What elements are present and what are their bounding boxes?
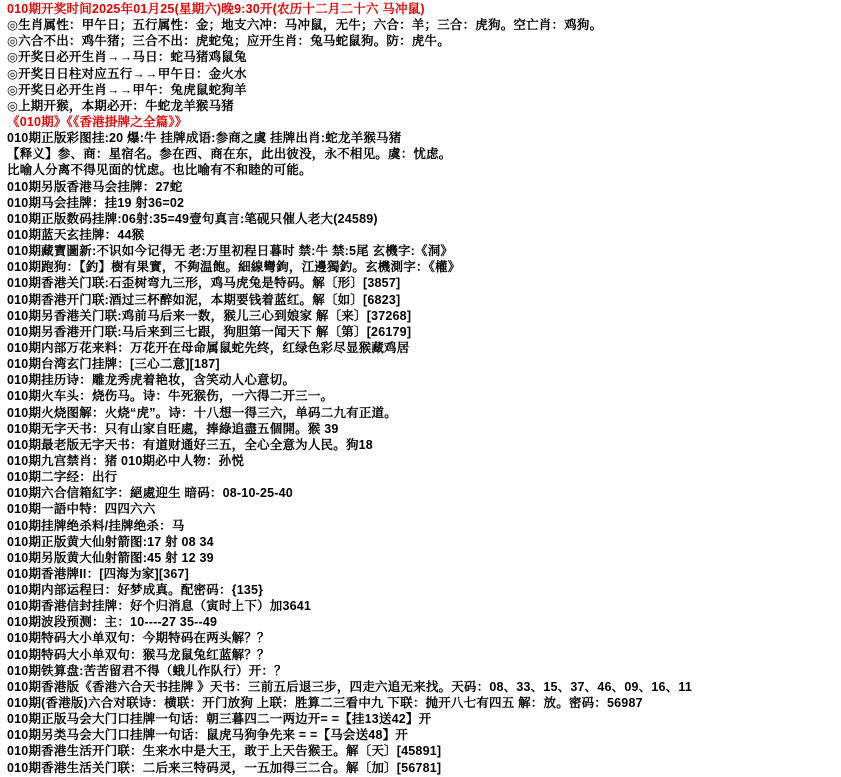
text-line: ◎开奖日必开生肖→→马日：蛇马猪鸡鼠兔 — [7, 49, 837, 65]
text-line: ◎上期开猴，本期必开：牛蛇龙羊猴马猪 — [7, 98, 837, 114]
text-line: 010期正版黄大仙射箭图:17 射 08 34 — [7, 534, 837, 550]
text-line: 010期香港版《香港六合天书挂牌 》天书：三前五后退三步，四走六追无来找。天码：… — [7, 679, 837, 695]
text-line: 010期正版数码挂牌:06射:35=49壹句真言:笔砚只催人老大(24589) — [7, 211, 837, 227]
text-line: 010期九宫禁肖：猪 010期必中人物：孙悦 — [7, 453, 837, 469]
text-line: 010期香港牌II：[四海为家][367] — [7, 566, 837, 582]
text-line: 010期铁算盘:苦苦留君不得（蛾儿作队行）开：？ — [7, 663, 837, 679]
text-line: 010期另类马会大门口挂牌一句话：鼠虎马狗争先来 = =【马会送48】开 — [7, 727, 837, 743]
text-line: 010期波段预测：主：10----27 35--49 — [7, 614, 837, 630]
text-line: 010期马会挂牌：挂19 射36=02 — [7, 195, 837, 211]
text-line: 比喻人分离不得见面的忧虑。也比喻有不和睦的可能。 — [7, 162, 837, 178]
text-line: 010期挂牌绝杀料/挂牌绝杀：马 — [7, 518, 837, 534]
text-line: 010期香港关门联:石歪树弯九三形，鸡马虎兔是特码。解〔形〕[3857] — [7, 275, 837, 291]
text-line: ◎六合不出：鸡牛猪；三合不出：虎蛇兔；应开生肖：兔马蛇鼠狗。防：虎牛。 — [7, 33, 837, 49]
text-line: 【释义】参、商：星宿名。参在西、商在东，此出彼没，永不相见。虞：忧虑。 — [7, 146, 837, 162]
text-line: 010期正版彩图挂:20 爆:牛 挂牌成语:参商之虞 挂牌出肖:蛇龙羊猴马猪 — [7, 130, 837, 146]
text-line: 010期另版香港马会挂牌：27蛇 — [7, 179, 837, 195]
text-line: 010期特码大小单双句：今期特码在两头解？？ — [7, 630, 837, 646]
text-line: ◎开奖日日柱对应五行→→甲午日：金火水 — [7, 66, 837, 82]
text-line: 010期火车头：烧伤马。诗：牛死猴伤，一六得二开三一。 — [7, 388, 837, 404]
text-line: 010期香港生活开门联：生来水中是大王，敢于上天告猴王。解〔天〕[45891] — [7, 743, 837, 759]
content-lines: 010期开奖时间2025年01月25(星期六)晚9:30开(农历十二月二十六 马… — [7, 1, 837, 776]
text-line: 010期二字经：出行 — [7, 469, 837, 485]
text-line: 010期内部万花来料：万花开在母命属鼠蛇先终，红绿色彩尽显猴藏鸡居 — [7, 340, 837, 356]
text-line: 010期香港开门联:酒过三杯醉如泥，本期要钱着蓝红。解〔如〕[6823] — [7, 292, 837, 308]
text-line: 010期蓝天玄挂牌：44猴 — [7, 227, 837, 243]
text-line: ◎生肖属性：甲午日；五行属性：金；地支六冲：马冲鼠，无牛；六合：羊；三合：虎狗。… — [7, 17, 837, 33]
lottery-tips-page: 010期开奖时间2025年01月25(星期六)晚9:30开(农历十二月二十六 马… — [0, 0, 841, 777]
text-line: 010期正版马会大门口挂牌一句话：朝三暮四二一两边开= =【挂13送42】开 — [7, 711, 837, 727]
text-line: 010期最老版无字天书：有道财通好三五，全心全意为人民。狗18 — [7, 437, 837, 453]
text-line: 010期(香港版)六合对联诗：横联：开门放狗 上联：胜算二三看中九 下联：抛开八… — [7, 695, 837, 711]
text-line: ◎开奖日必开生肖→→甲午：兔虎鼠蛇狗羊 — [7, 82, 837, 98]
text-line: 010期香港生活关门联：二后来三特码灵，一五加得三二合。解〔加〕[56781] — [7, 760, 837, 776]
text-line: 010期另香港开门联:马后来到三七跟，狗胆第一闻天下 解〔第〕[26179] — [7, 324, 837, 340]
text-line: 010期藏寶圖新:不识如今记得无 老:万里初程日暮时 禁:牛 禁:5尾 玄機字:… — [7, 243, 837, 259]
text-line: 010期内部运程曰：好梦成真。配密码：{135} — [7, 582, 837, 598]
text-line: 010期一語中特：四四六六 — [7, 501, 837, 517]
text-line: 010期香港信封挂牌：好个归消息（寅时上下）加3641 — [7, 598, 837, 614]
text-line: 010期挂历诗：雕龙秀虎着艳妆，含笑动人心意切。 — [7, 372, 837, 388]
text-line: 010期特码大小单双句：猴马龙鼠兔红蓝解？？ — [7, 647, 837, 663]
text-line: 《010期》《《香港掛牌之全篇》》 — [7, 114, 837, 130]
text-line: 010期台湾玄门挂牌：[三心二意][187] — [7, 356, 837, 372]
text-line: 010期另香港关门联:鸡前马后来一数，猴儿三心到娘家 解〔来〕[37268] — [7, 308, 837, 324]
text-line: 010期火烧图解：火烧“虎”。诗：十八想一得三六，单码二九有正道。 — [7, 405, 837, 421]
text-line: 010期另版黄大仙射箭图:45 射 12 39 — [7, 550, 837, 566]
text-line: 010期六合信箱紅字：絕處迎生 暗码：08-10-25-40 — [7, 485, 837, 501]
text-line: 010期无字天书：只有山家自旺處，捧綠追盡五個開。猴 39 — [7, 421, 837, 437]
text-line: 010期开奖时间2025年01月25(星期六)晚9:30开(农历十二月二十六 马… — [7, 1, 837, 17]
text-line: 010期跑狗：【釣】樹有果實，不夠温飽。細線彎鉤，江邊獨釣。玄機測字：《權》 — [7, 259, 837, 275]
